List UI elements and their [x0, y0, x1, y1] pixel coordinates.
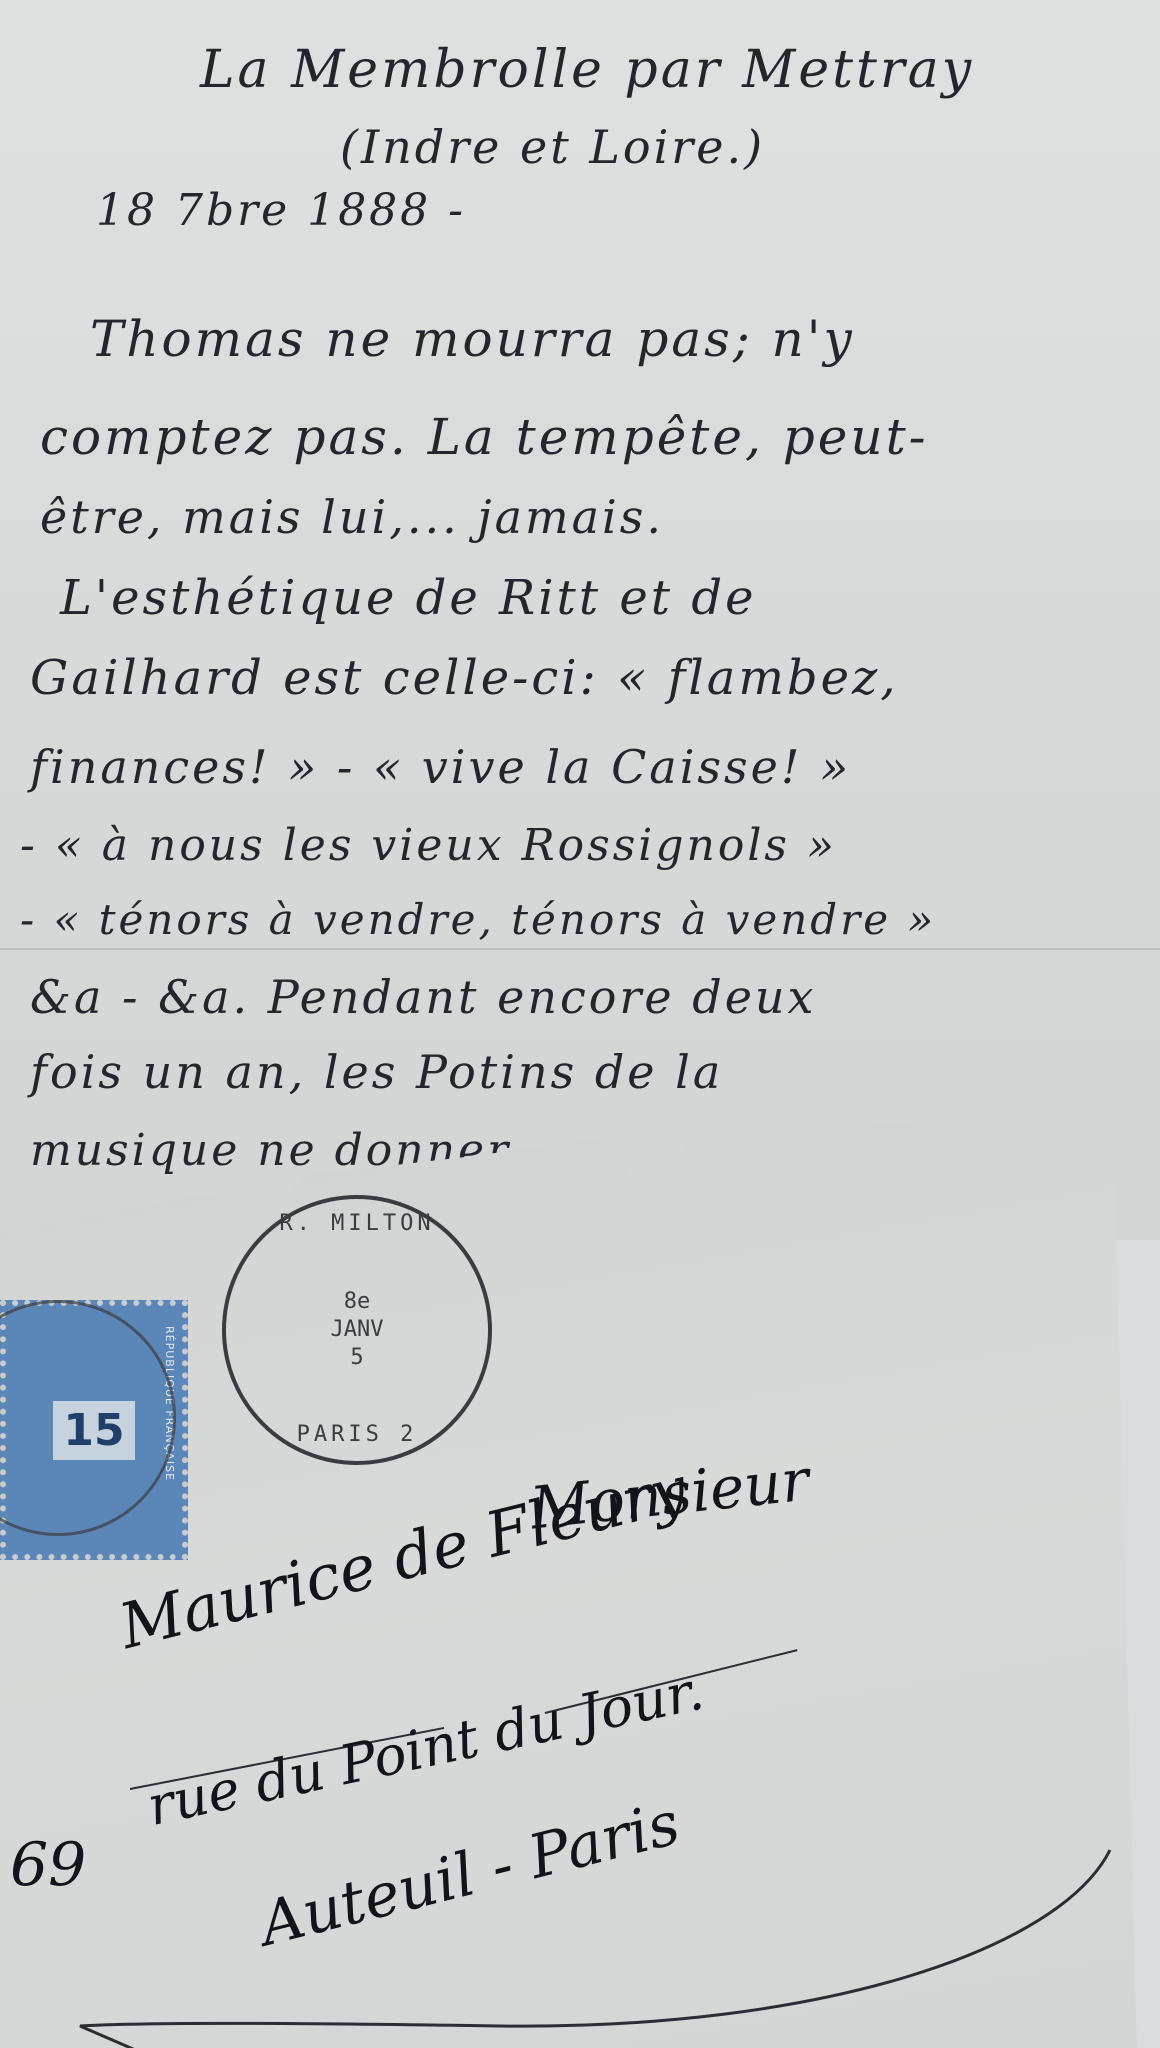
letter-body-line: - « à nous les vieux Rossignols » [20, 820, 837, 871]
address-flourish-curve [0, 1830, 1160, 2048]
postmark: R. MILTON 8e JANV 5 PARIS 2 [222, 1195, 492, 1465]
letter-body-line: &a - &a. Pendant encore deux [30, 970, 817, 1024]
letter-body-line: Thomas ne mourra pas; n'y [90, 310, 855, 368]
postmark-date-line3: 5 [350, 1344, 363, 1372]
postmark-date-line2: JANV [331, 1316, 384, 1344]
letter-body-line: - « ténors à vendre, ténors à vendre » [20, 895, 936, 944]
letter-place-line2: (Indre et Loire.) [340, 120, 765, 174]
letter-date: 18 7bre 1888 - [96, 185, 466, 236]
letter-body-line: être, mais lui,... jamais. [40, 490, 664, 544]
letter-body-line: fois un an, les Potins de la [30, 1045, 723, 1099]
letter-body-line: L'esthétique de Ritt et de [60, 570, 756, 626]
letter-body-line: finances! » - « vive la Caisse! » [30, 740, 851, 794]
letter-place-line1: La Membrolle par Mettray [200, 40, 974, 100]
letter-sheet: La Membrolle par Mettray (Indre et Loire… [0, 0, 1160, 1240]
paper-fold [0, 948, 1160, 950]
letter-body-line: comptez pas. La tempête, peut- [40, 408, 929, 466]
postmark-bottom-text: PARIS 2 [226, 1422, 488, 1447]
letter-body-line: Gailhard est celle-ci: « flambez, [30, 650, 899, 706]
postmark-top-text: R. MILTON [226, 1211, 488, 1236]
postmark-date-line1: 8e [344, 1288, 371, 1316]
